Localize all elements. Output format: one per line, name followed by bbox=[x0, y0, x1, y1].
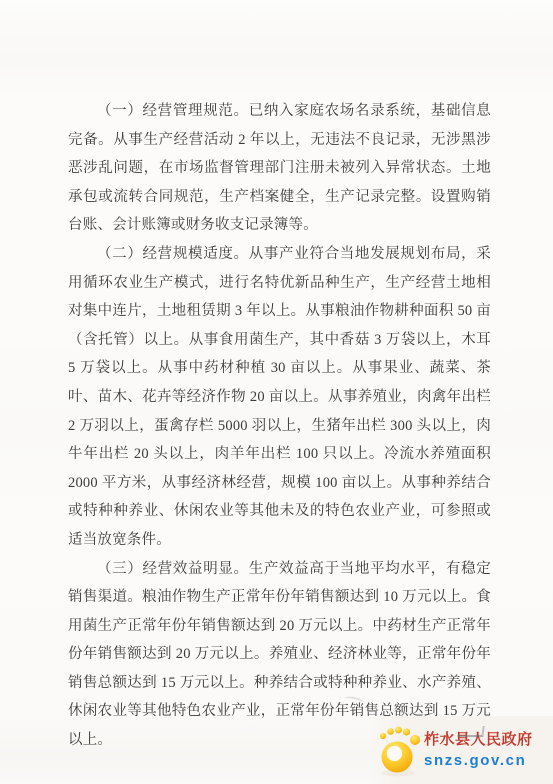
paragraph-scale-requirements: （二）经营规模适度。从事产业符合当地发展规划布局，采用循环农业生产模式，进行名特… bbox=[68, 240, 491, 555]
site-url-label: snzs.gov.cn bbox=[424, 751, 533, 770]
scan-artifact-overlay bbox=[457, 726, 485, 737]
scanned-document-page: （一）经营管理规范。已纳入家庭农场名录系统，基础信息完备。从事生产经营活动 2 … bbox=[0, 0, 553, 784]
document-body: （一）经营管理规范。已纳入家庭农场名录系统，基础信息完备。从事生产经营活动 2 … bbox=[68, 97, 491, 755]
footprint-logo-icon bbox=[376, 723, 422, 777]
paragraph-management-standards: （一）经营管理规范。已纳入家庭农场名录系统，基础信息完备。从事生产经营活动 2 … bbox=[68, 97, 491, 240]
